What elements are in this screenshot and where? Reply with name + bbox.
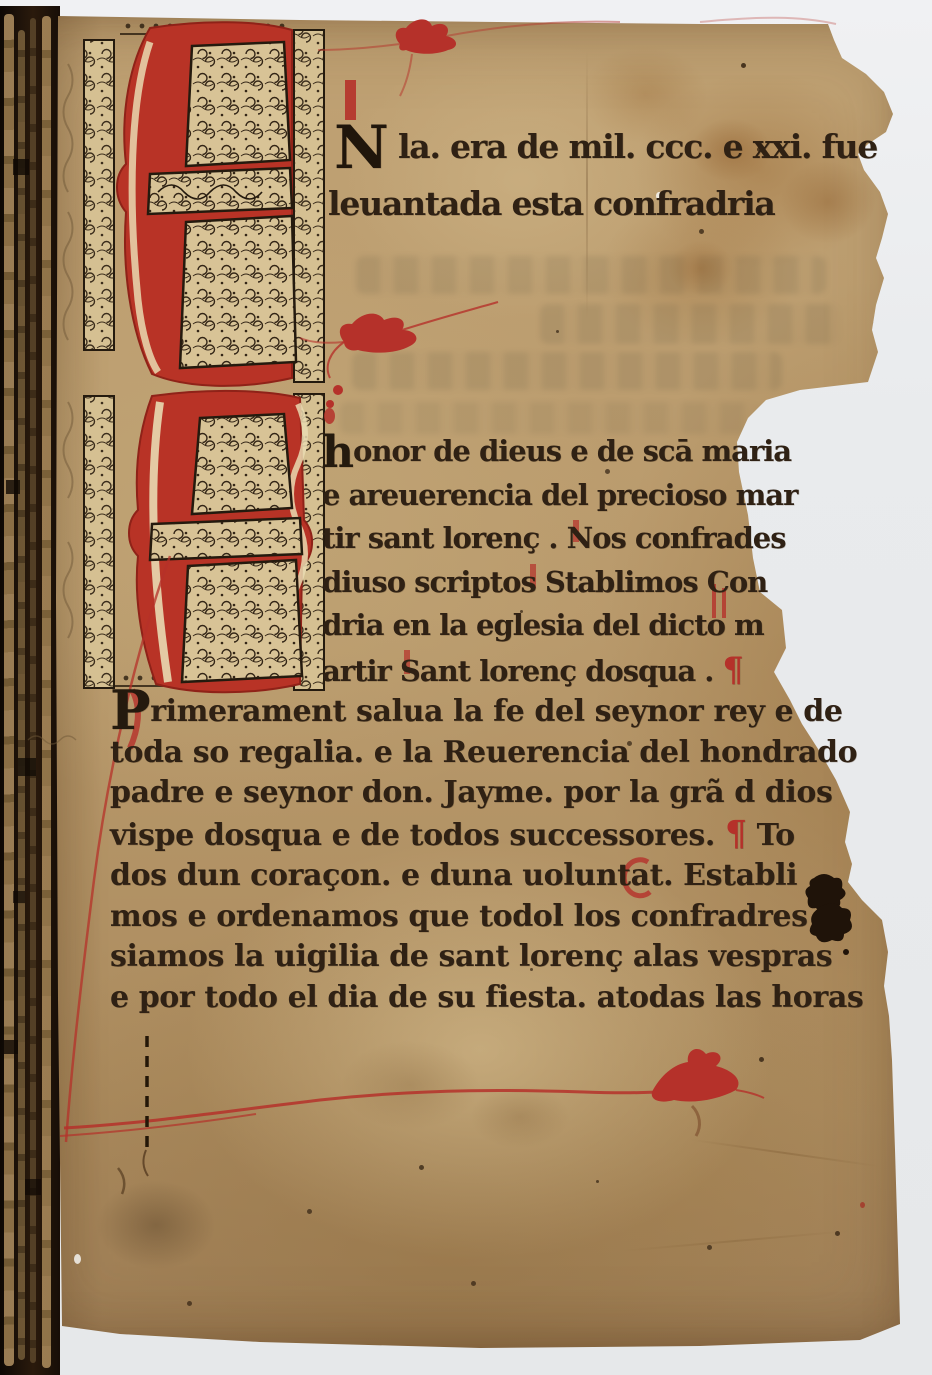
bleed-through-text xyxy=(540,304,840,344)
statutes-line-6: mos e ordenamos que todol los confradres xyxy=(110,897,863,938)
red-fleck xyxy=(860,1202,865,1208)
statutes-line-7: siamos la uigilia de sant lorenç alas ve… xyxy=(110,937,863,978)
statutes-line-5: dos dun coraçon. e duna uoluntat. Establ… xyxy=(110,856,863,897)
stain xyxy=(340,1040,480,1130)
red-infill-dot xyxy=(324,408,335,424)
bleed-through-text xyxy=(356,256,826,294)
stain xyxy=(160,282,230,336)
book-binding-spine xyxy=(0,6,60,1375)
invocation-line-2: e areuerencia del precioso mar xyxy=(322,474,797,518)
statutes-line-4: vispe dosqua e de todos successores. ¶ T… xyxy=(110,814,863,857)
invocation-line-5: dria en la eglesia del dicto m xyxy=(322,604,797,648)
invocation-line-1: honor de dieus e de scā maria xyxy=(322,430,797,474)
invocation-line-6: artir Sant lorenç dosqua . ¶ xyxy=(322,648,797,694)
parchment-crease xyxy=(620,1230,849,1252)
heading-block: N la. era de mil. ccc. e xxi. fue leuant… xyxy=(334,118,877,232)
invocation-line-3: tir sant lorenç . Nos confrades xyxy=(322,517,797,561)
statutes-line-3: padre e seynor don. Jayme. por la grã d … xyxy=(110,773,863,814)
invocation-line-4: diuso scriptos Stablimos Con xyxy=(322,561,797,605)
stain xyxy=(470,1085,570,1149)
statutes-line-1: Primerament salua la fe del seynor rey e… xyxy=(110,692,863,733)
torn-page-stub xyxy=(42,16,51,1368)
statutes-line-8: e por todo el dia de su fiesta. atodas l… xyxy=(110,978,863,1019)
stain xyxy=(96,1180,216,1270)
binding-knots xyxy=(0,6,2,8)
drop-cap-h: h xyxy=(322,430,353,474)
invocation-block: honor de dieus e de scā maria e areueren… xyxy=(322,430,797,693)
torn-page-stub xyxy=(30,18,36,1363)
torn-page-stub xyxy=(4,14,14,1366)
manuscript-scan: N la. era de mil. ccc. e xxi. fue leuant… xyxy=(0,0,932,1375)
statutes-line-2: toda so regalia. e la Reuerencia del hon… xyxy=(110,733,863,774)
torn-page-stub xyxy=(18,30,25,1360)
heading-line-2: leuantada esta confradria xyxy=(328,175,877,232)
drop-cap-p: P xyxy=(110,692,150,733)
paragraph-mark: ¶ xyxy=(725,814,747,854)
parchment-crease xyxy=(691,1139,879,1167)
parchment-hole xyxy=(74,1254,81,1264)
ink-specks xyxy=(0,0,3,3)
bleed-through-text xyxy=(352,352,782,390)
paragraph-mark: ¶ xyxy=(723,650,743,689)
heading-line-1: N la. era de mil. ccc. e xxi. fue xyxy=(334,118,877,175)
drop-cap-n: N xyxy=(334,118,388,175)
statutes-block: Primerament salua la fe del seynor rey e… xyxy=(110,692,863,1018)
